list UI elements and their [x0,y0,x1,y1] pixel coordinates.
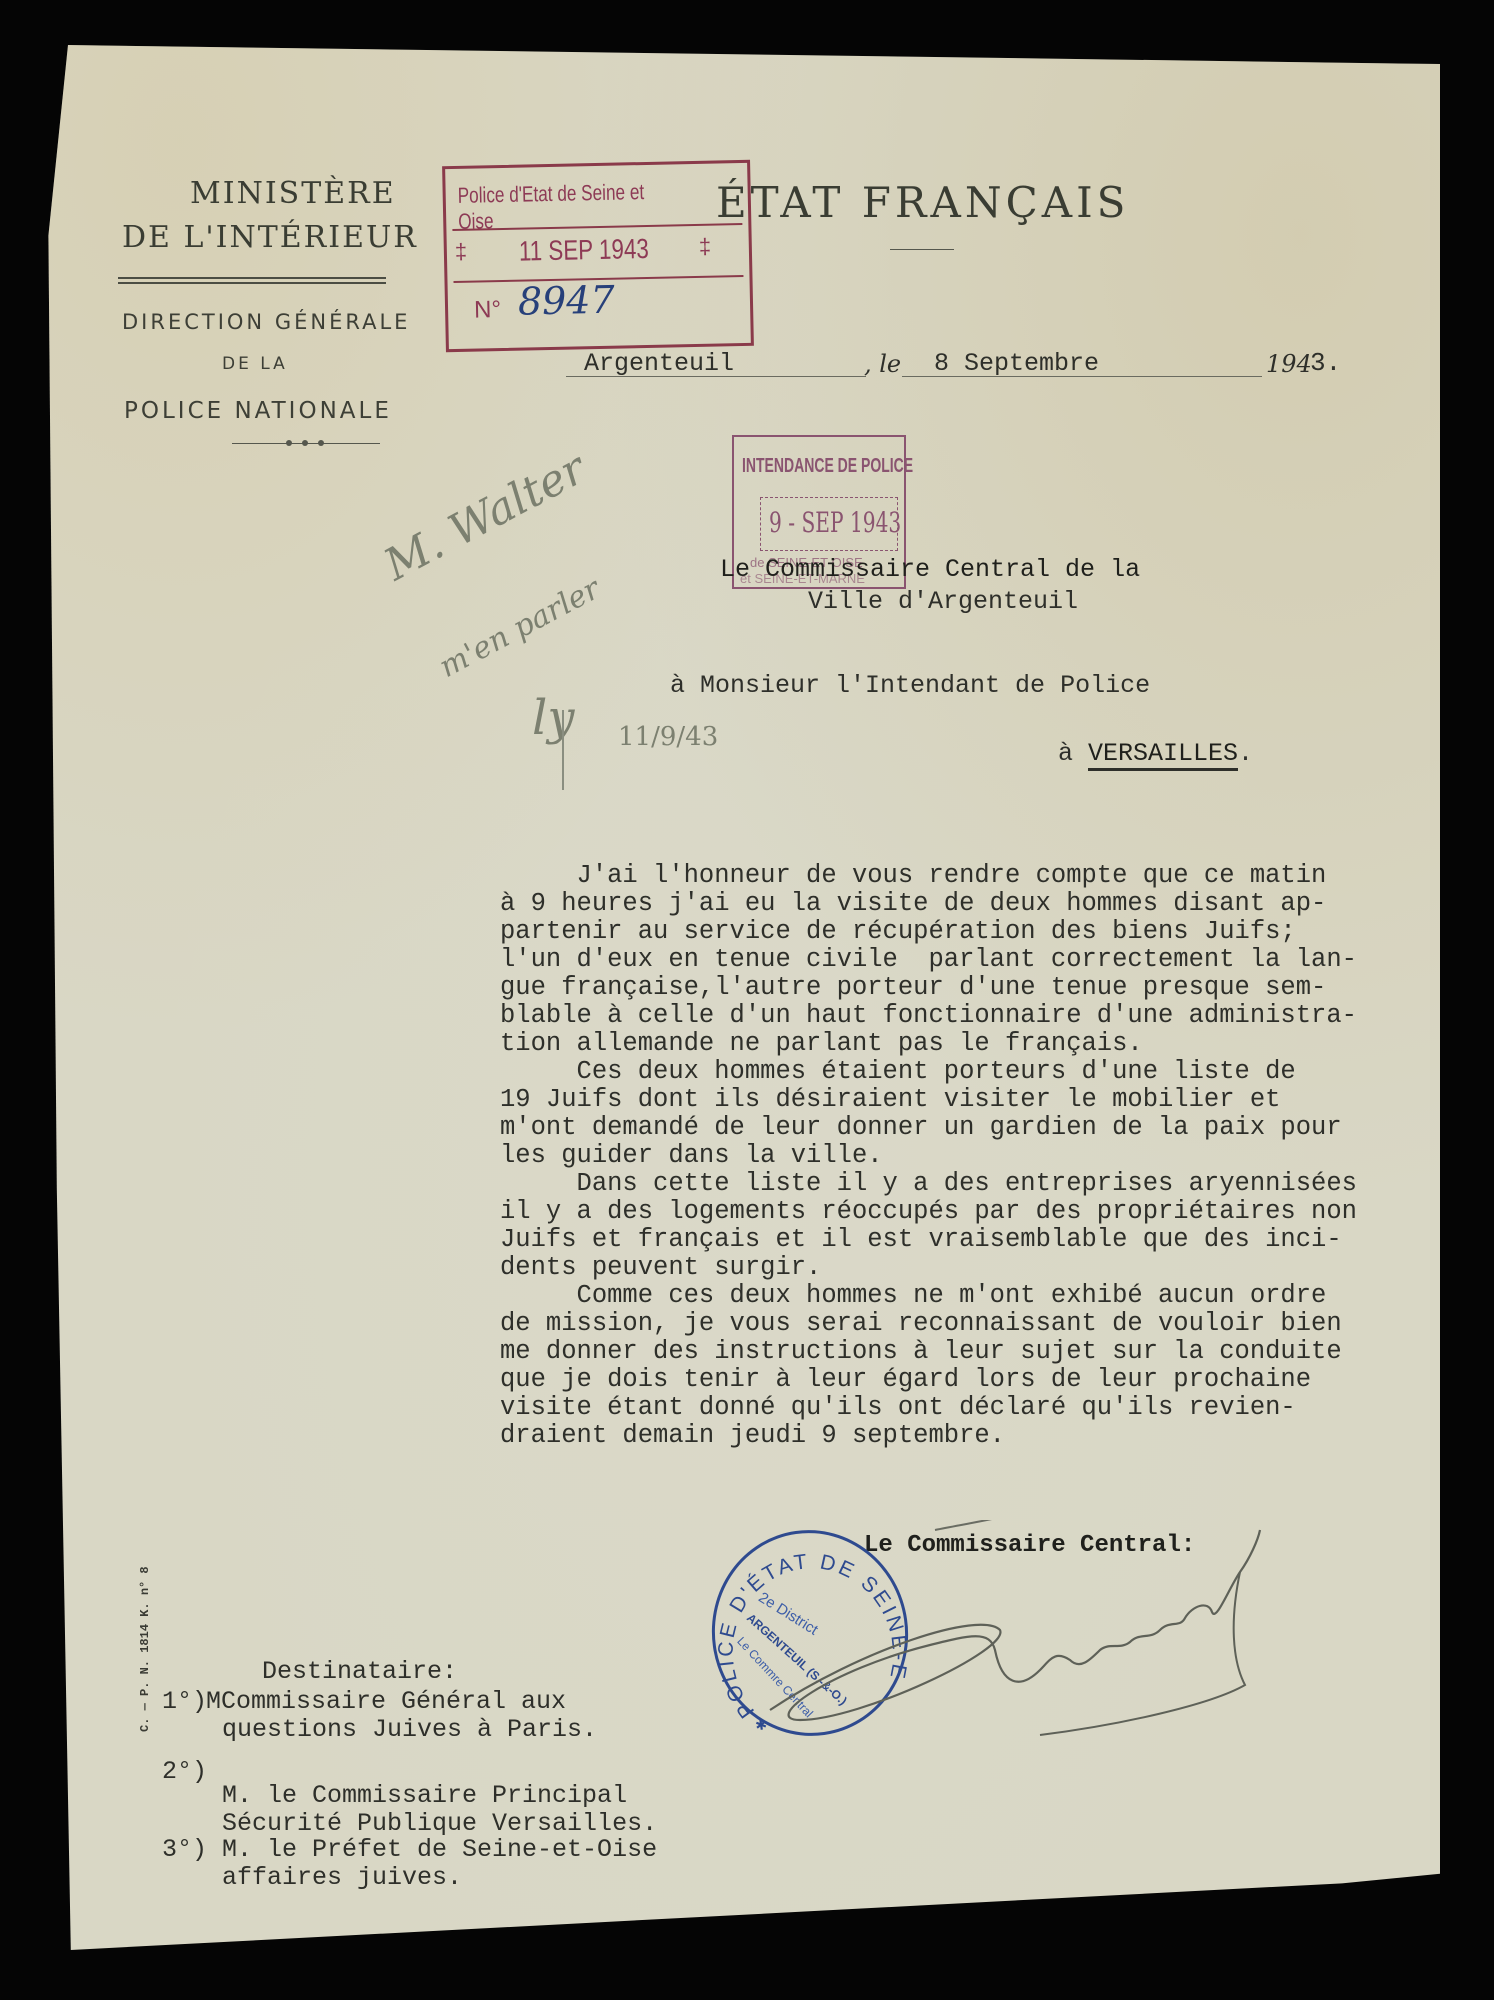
body-line: il y a des logements réoccupés par des p… [500,1198,1440,1226]
body-line: J'ai l'honneur de vous rendre compte que… [500,862,1440,890]
distribution-item-1-line-1: MCommissaire Général aux [206,1688,566,1716]
body-line: Dans cette liste il y a des entreprises … [500,1170,1440,1198]
dateline-rule-place [566,376,866,377]
distribution-item-2-line-2: Sécurité Publique Versailles. [222,1810,657,1838]
direction-line-2: DE LA [222,354,288,374]
recipient-line-2: à VERSAILLES. [1058,740,1253,768]
direction-line-3: POLICE NATIONALE [124,398,392,424]
distribution-item-2-number: 2°) [162,1758,207,1786]
body-line: draient demain jeudi 9 septembre. [500,1422,1440,1450]
distribution-item-3-line-2: affaires juives. [222,1864,462,1892]
body-line: les guider dans la ville. [500,1142,1440,1170]
body-line: que je dois tenir à leur égard lors de l… [500,1366,1440,1394]
ornament-dot [286,440,292,446]
body-line: me donner des instructions à leur sujet … [500,1338,1440,1366]
reception-stamp: Police d'Etat de Seine et Oise ‡ 11 SEP … [442,160,754,352]
body-line: l'un d'eux en tenue civile parlant corre… [500,946,1440,974]
body-line: de mission, je vous serai reconnaissant … [500,1310,1440,1338]
distribution-item-3-line-1: M. le Préfet de Seine-et-Oise [222,1836,657,1864]
distribution-item-1-number: 1°) [162,1688,207,1716]
body-line: Comme ces deux hommes ne m'ont exhibé au… [500,1282,1440,1310]
distribution-item-3-number: 3°) [162,1836,207,1864]
reception-stamp-number-label: N° [474,296,502,325]
state-title: ÉTAT FRANÇAIS [716,178,1129,227]
pencil-annotation-date: 11/9/43 [618,722,718,752]
dateline-year-prefix: 194 [1266,350,1312,378]
recipient-prefix: à [1058,739,1088,768]
sender-line-1: Le Commissaire Central de la [720,556,1140,584]
distribution-item-2-line-1: M. le Commissaire Principal [222,1782,627,1810]
body-line: partenir au service de récupération des … [500,918,1440,946]
pencil-annotation-initials: ly [532,690,574,746]
ornament-dot [302,440,308,446]
recipient-line-1: à Monsieur l'Intendant de Police [670,672,1150,700]
cross-of-lorraine-icon: ‡ [455,239,468,265]
recipient-city: VERSAILLES [1088,739,1238,771]
form-code: C. — P. N. 1814 K. n° 8 [138,1566,152,1732]
body-line: blable à celle d'un haut fonctionnaire d… [500,1002,1440,1030]
dateline-le-label: , le [864,350,901,378]
body-line: gue française,l'autre porteur d'une tenu… [500,974,1440,1002]
body-line: à 9 heures j'ai eu la visite de deux hom… [500,890,1440,918]
body-line: tion allemande ne parlant pas le françai… [500,1030,1440,1058]
dateline-year-suffix: 3. [1310,349,1341,377]
dateline-rule-date [902,376,1262,377]
dateline-place: Argenteuil [584,350,734,378]
dateline-day-month: 8 Septembre [934,350,1099,378]
reception-stamp-date: 11 SEP 1943 [519,233,650,268]
intendance-stamp-date-box: 9 - SEP 1943 [760,497,898,551]
ministry-line-2: DE L'INTÉRIEUR [122,220,418,255]
distribution-item-1-line-2: questions Juives à Paris. [222,1716,597,1744]
intendance-stamp-header: INTENDANCE DE POLICE [742,455,913,478]
body-line: 19 Juifs dont ils désiraient visiter le … [500,1086,1440,1114]
recipient-suffix: . [1238,739,1253,768]
body-line: Juifs et français et il est vraisemblabl… [500,1226,1440,1254]
ornament-dot [318,440,324,446]
direction-line-1: DIRECTION GÉNÉRALE [122,310,410,334]
cross-of-lorraine-icon: ‡ [699,234,712,260]
body-line: dents peuvent surgir. [500,1254,1440,1282]
distribution-heading: Destinataire: [262,1658,457,1686]
intendance-stamp-date: 9 - SEP 1943 [769,506,901,539]
body-line: visite étant donné qu'ils ont déclaré qu… [500,1394,1440,1422]
letterhead-double-rule [118,277,386,284]
body-line: m'ont demandé de leur donner un gardien … [500,1114,1440,1142]
handwritten-signature [740,1520,1340,1740]
letterhead-ornament-left [232,443,380,444]
reception-stamp-number: 8947 [517,278,615,324]
letter-body: J'ai l'honneur de vous rendre compte que… [500,862,1440,1450]
sender-line-2: Ville d'Argenteuil [808,588,1078,616]
letterhead-ornament-right [890,249,954,250]
ministry-line-1: MINISTÈRE [190,176,396,211]
body-line: Ces deux hommes étaient porteurs d'une l… [500,1058,1440,1086]
pencil-stroke [562,710,564,790]
